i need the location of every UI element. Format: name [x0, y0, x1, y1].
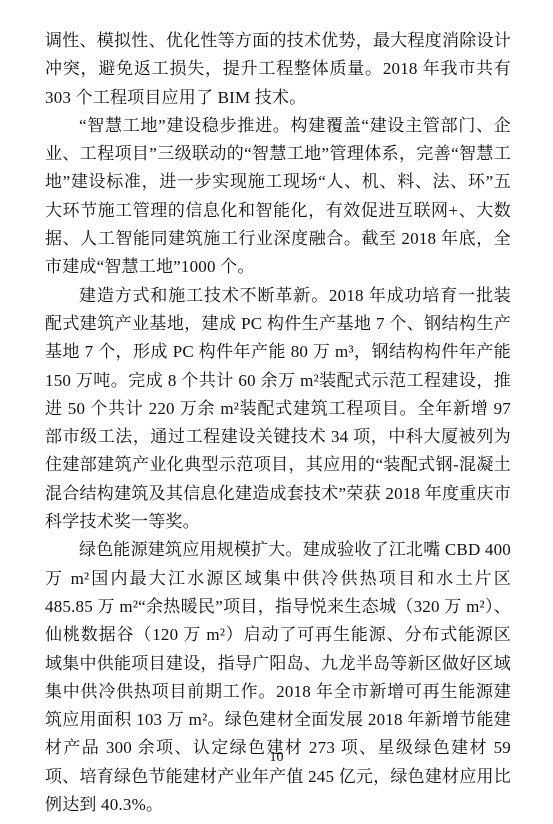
paragraph-bim-technology: 调性、模拟性、优化性等方面的技术优势，最大程度消除设计冲突，避免返工损失，提升工…: [45, 27, 511, 112]
document-text-block: 调性、模拟性、优化性等方面的技术优势，最大程度消除设计冲突，避免返工损失，提升工…: [45, 27, 511, 819]
paragraph-construction-methods: 建造方式和施工技术不断革新。2018 年成功培育一批装配式建筑产业基地，建成 P…: [45, 282, 511, 537]
paragraph-green-energy-buildings: 绿色能源建筑应用规模扩大。建成验收了江北嘴 CBD 400 万 m²国内最大江水…: [45, 536, 511, 819]
page-footer: 10: [0, 748, 553, 768]
document-page: 调性、模拟性、优化性等方面的技术优势，最大程度消除设计冲突，避免返工损失，提升工…: [0, 0, 553, 824]
page-number: 10: [270, 750, 284, 765]
paragraph-smart-construction-site: “智慧工地”建设稳步推进。构建覆盖“建设主管部门、企业、工程项目”三级联动的“智…: [45, 112, 511, 282]
